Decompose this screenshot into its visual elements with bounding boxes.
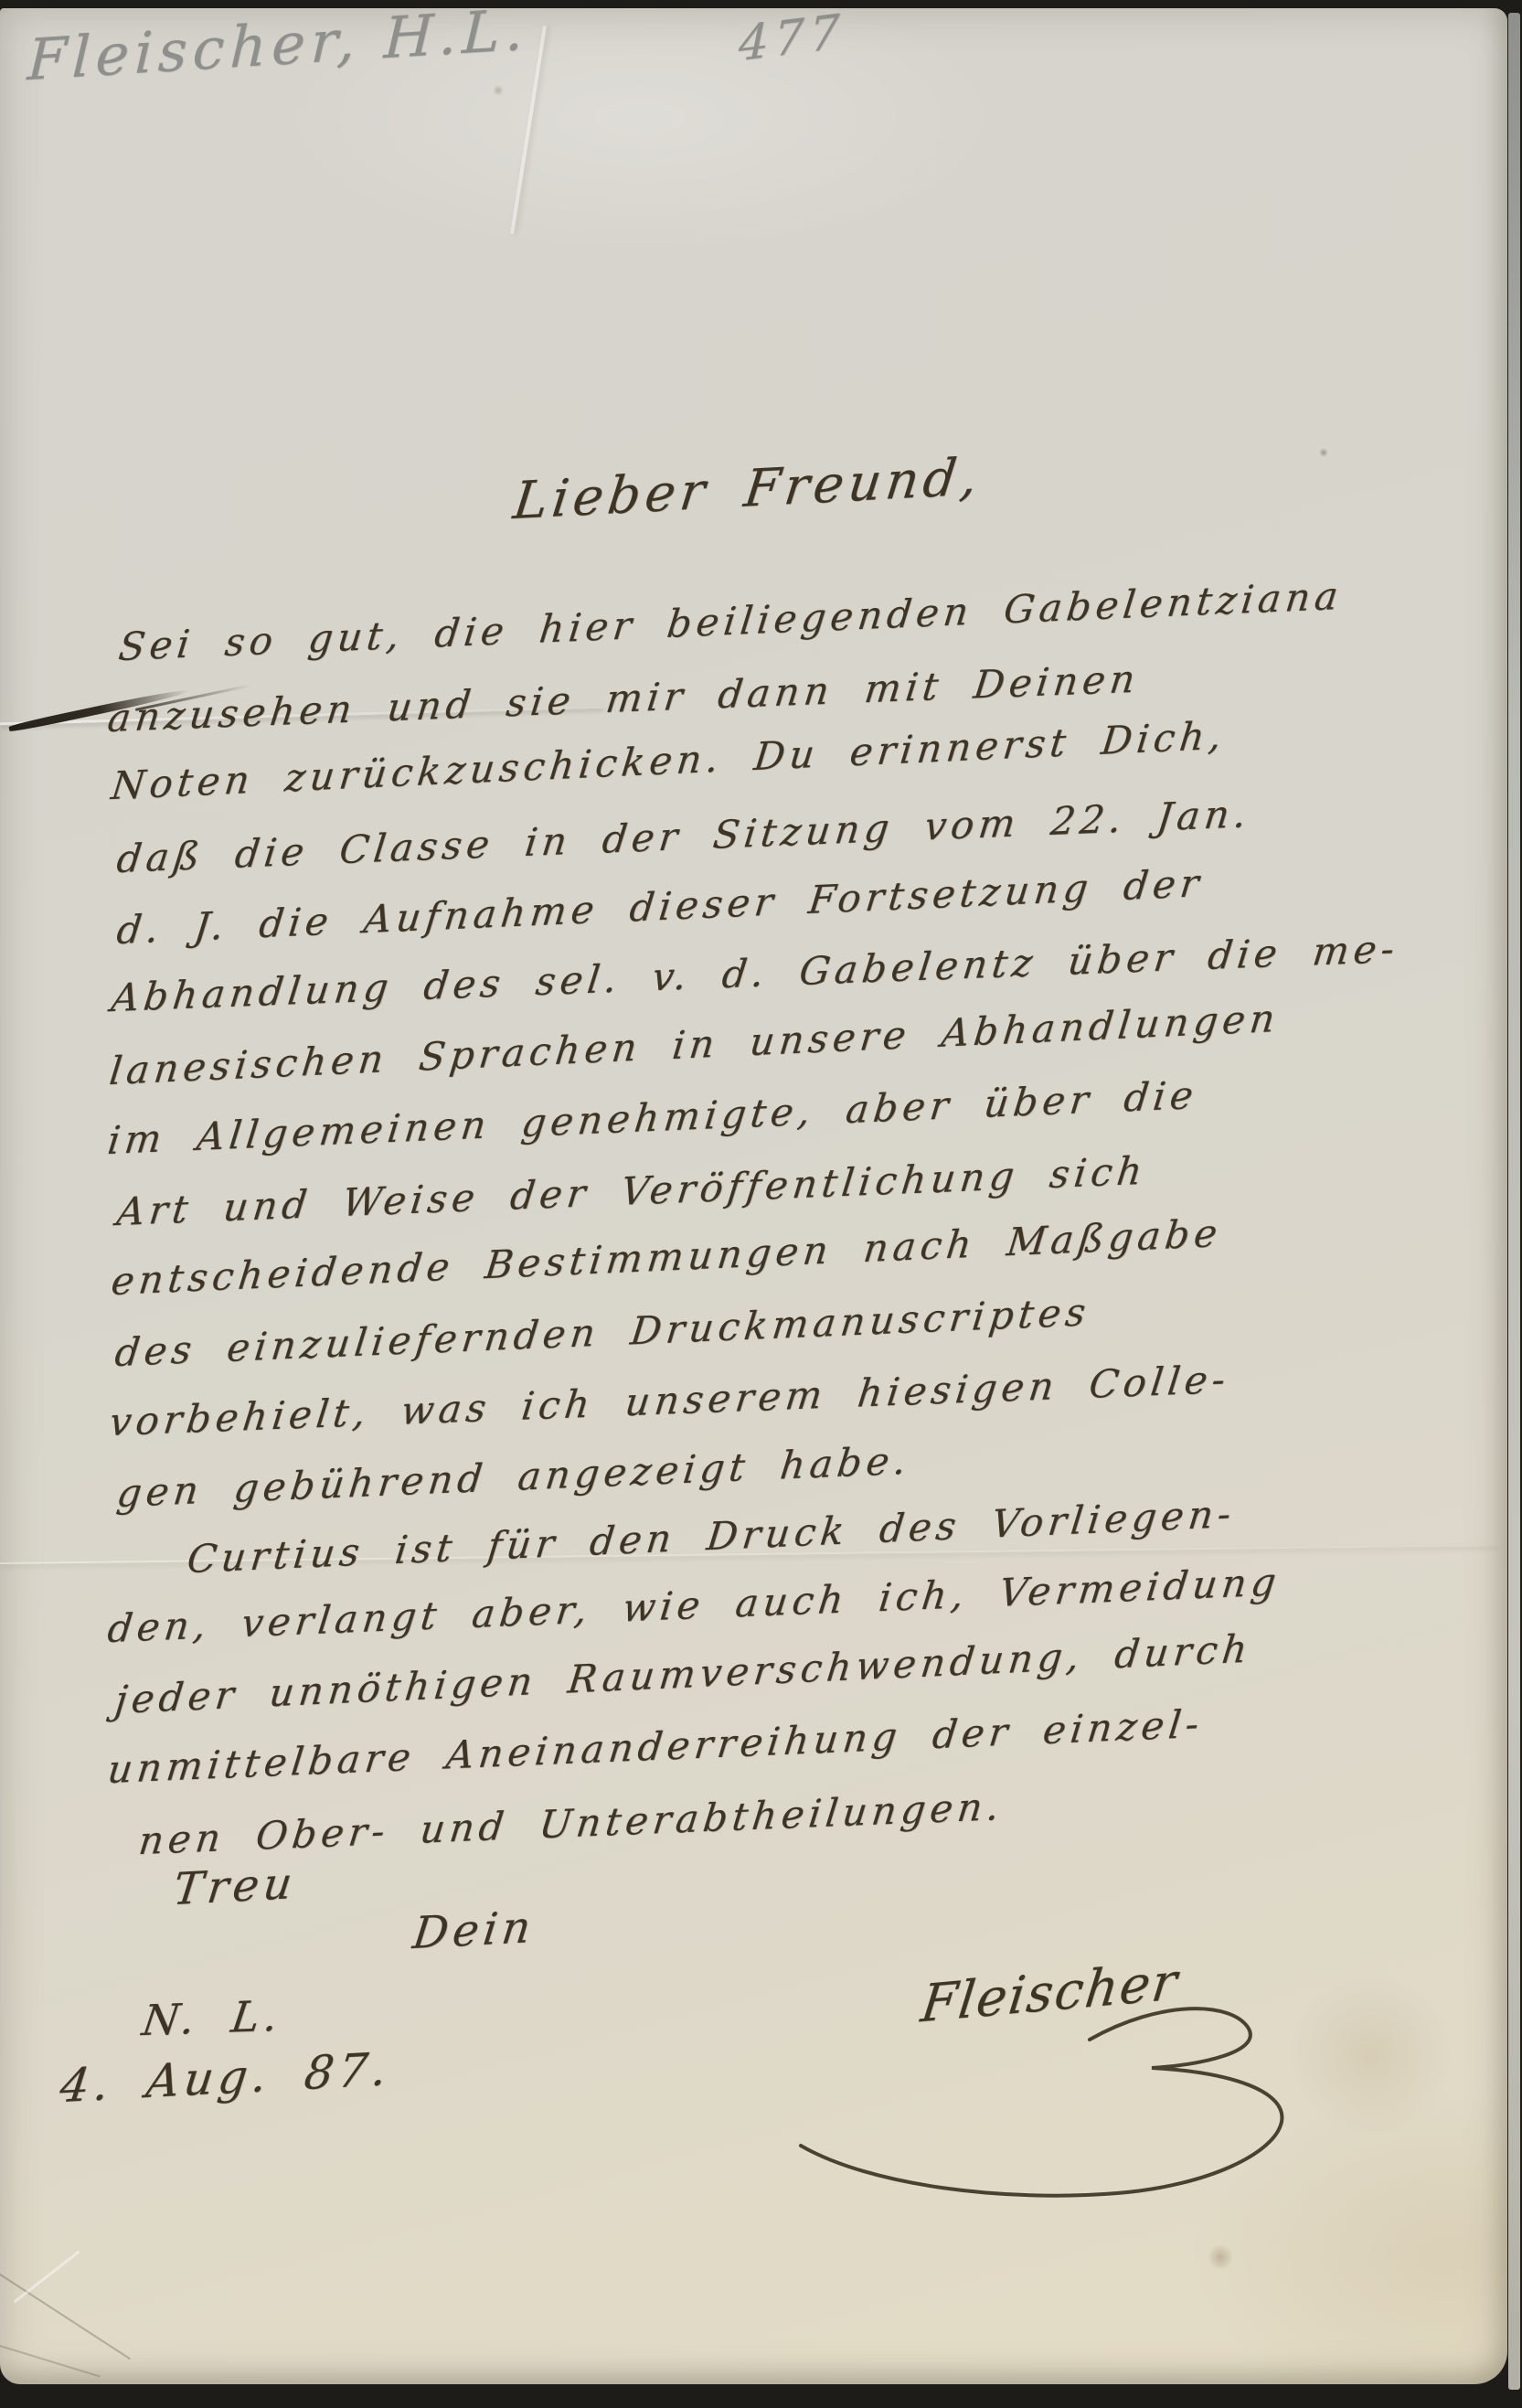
corner-crease	[14, 2251, 80, 2304]
body-line: im Allgemeinen genehmigte, aber über die	[106, 1076, 1200, 1160]
salutation: Lieber Freund,	[511, 452, 985, 527]
body-line: des einzuliefernden Druckmanuscriptes	[113, 1293, 1092, 1372]
corner-crease	[0, 2344, 101, 2378]
scanned-letter-page: Fleischer, H.L. 477 Lieber Freund, Sei s…	[0, 0, 1522, 2408]
body-line: unmittelbare Aneinanderreihung der einze…	[106, 1705, 1206, 1789]
letter-paper: Fleischer, H.L. 477 Lieber Freund, Sei s…	[0, 8, 1507, 2384]
closing-word: Dein	[410, 1905, 537, 1955]
corner-crease	[0, 2274, 131, 2360]
scan-edge-strip	[1508, 13, 1520, 2390]
closing-word: Treu	[171, 1861, 299, 1912]
body-line: gen gebührend angezeigt habe.	[115, 1442, 913, 1514]
body-line: nen Ober- und Unterabtheilungen.	[137, 1787, 1006, 1860]
place-abbreviation: N. L.	[140, 1995, 285, 2042]
body-line: d. J. die Aufnahme dieser Fortsetzung de…	[115, 864, 1206, 950]
body-line: vorbehielt, was ich unserem hiesigen Col…	[107, 1360, 1231, 1442]
archival-number-annotation: 477	[739, 7, 846, 69]
body-line: Sei so gut, die hier beiliegenden Gabele…	[117, 577, 1345, 666]
date: 4. Aug. 87.	[58, 2046, 394, 2109]
archival-name-annotation: Fleischer, H.L.	[27, 1, 530, 89]
signature-flourish	[786, 1965, 1371, 2239]
